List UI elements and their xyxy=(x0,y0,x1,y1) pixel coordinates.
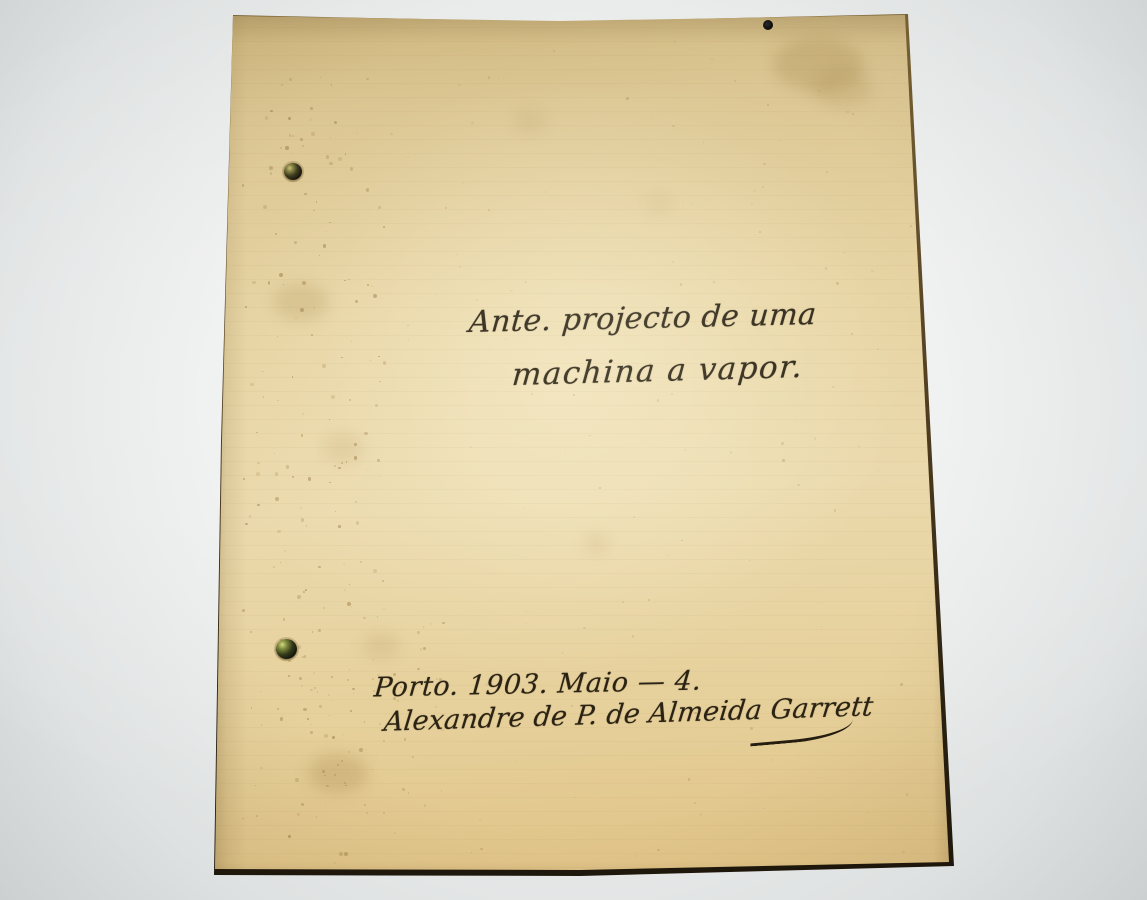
brass-fastener-bottom xyxy=(276,639,297,659)
punch-hole xyxy=(763,20,773,30)
handwritten-title-line1: Ante. projecto de uma xyxy=(468,297,818,340)
photo-background: Ante. projecto de uma machina a vapor. P… xyxy=(0,0,1147,900)
handwritten-title-line2: machina a vapor. xyxy=(511,349,805,393)
brass-fastener-top xyxy=(284,163,302,180)
manuscript-notebook: Ante. projecto de uma machina a vapor. P… xyxy=(213,13,955,887)
notebook-cover: Ante. projecto de uma machina a vapor. P… xyxy=(213,13,955,887)
